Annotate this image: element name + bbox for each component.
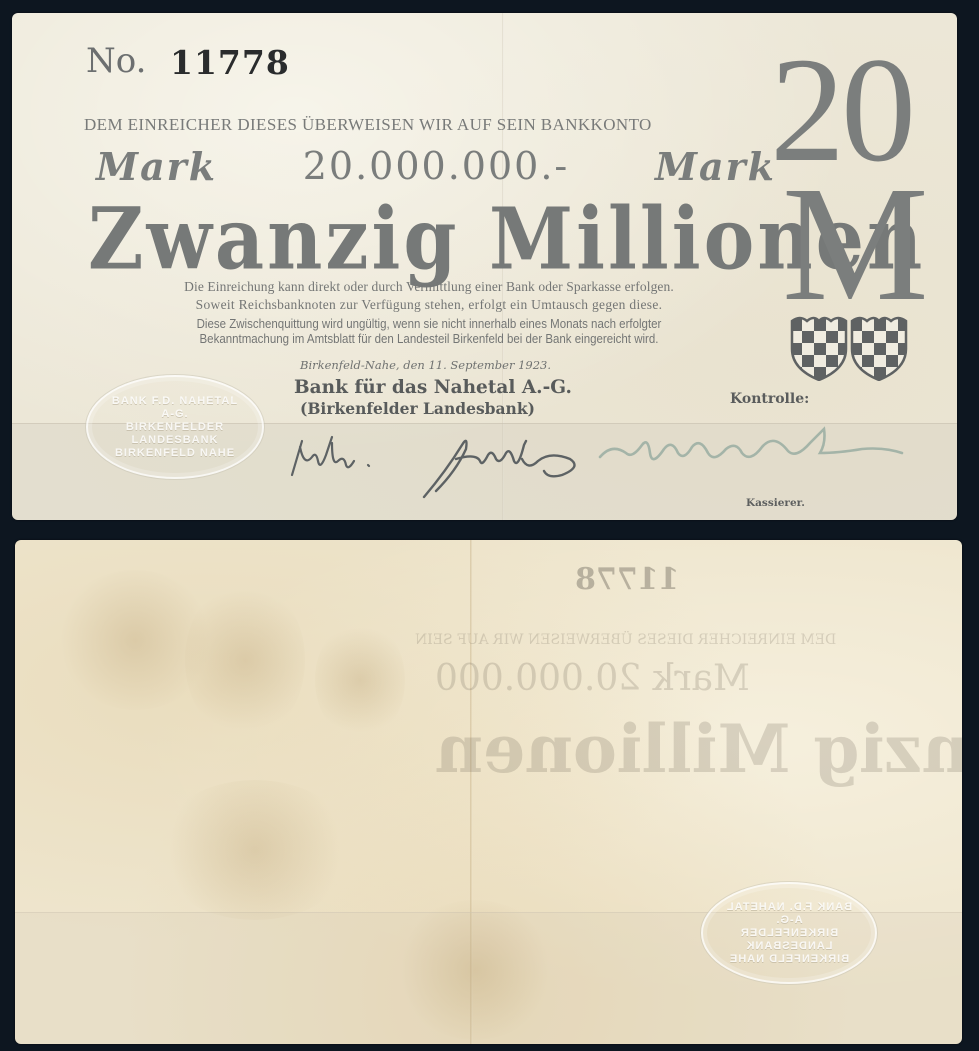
seal-line: BANK F.D. NAHETAL [112,395,238,408]
embossed-bank-seal-mirrored: BANK F.D. NAHETAL A-G. BIRKENFELDER LAND… [701,882,877,984]
seal-line: A-G. [775,914,802,927]
signature-1 [288,431,388,481]
banknote-back: 11778 DEM EINREICHER DIESES ÜBERWEISEN W… [15,540,962,1044]
denomination-unit: M [782,161,929,326]
show-through-amount: Mark 20.000.000 [435,658,750,699]
paper-stain [395,900,555,1040]
terms-line-4: Bekanntmachung im Amtsblatt für den Land… [112,332,747,346]
place-and-date: Birkenfeld-Nahe, den 11. September 1923. [300,358,551,372]
embossed-bank-seal: BANK F.D. NAHETAL A-G. BIRKENFELDER LAND… [86,375,264,479]
paper-stain [155,780,355,920]
amount-word-right: Mark [655,144,776,189]
amount-line: Mark 20.000.000.- Mark [96,144,776,189]
checkered-shield-icon [850,315,908,381]
bank-subtitle: (Birkenfelder Landesbank) [300,399,535,418]
paper-stain [185,580,305,740]
control-label: Kontrolle: [730,391,809,407]
banknote-front: No. 11778 DEM EINREICHER DIESES ÜBERWEIS… [12,13,957,520]
seal-line: BIRKENFELDER [126,421,224,434]
signature-2 [416,431,586,501]
show-through-text: DEM EINREICHER DIESES ÜBERWEISEN WIR AUF… [415,632,836,648]
checkered-shield-icon [790,315,848,381]
control-signature [592,423,912,483]
seal-line: A-G. [161,408,188,421]
paper-stain [315,620,405,740]
serial-prefix: No. [86,41,146,81]
amount-figure: 20.000.000.- [303,144,570,189]
terms-line-3: Diese Zwischenquittung wird ungültig, we… [112,317,747,331]
show-through-serial: 11778 [575,562,679,597]
seal-line: LANDESBANK [746,940,833,953]
bank-name: Bank für das Nahetal A.-G. [294,377,572,398]
seal-line: BIRKENFELD NAHE [729,953,849,966]
seal-line: BIRKENFELDER [740,927,838,940]
amount-word-left: Mark [96,144,217,189]
seal-line: BANK F.D. NAHETAL [726,901,852,914]
terms-line-1: Die Einreichung kann direkt oder durch V… [84,279,774,295]
amount-in-words: Zwanzig Millionen [88,189,778,289]
cashier-label: Kassierer. [746,497,805,509]
terms-line-2: Soweit Reichsbanknoten zur Verfügung ste… [84,297,774,313]
seal-line: BIRKENFELD NAHE [115,447,235,460]
serial-number: 11778 [170,43,290,82]
show-through-words: Zwanzig Millionen [435,710,962,788]
seal-line: LANDESBANK [132,434,219,447]
header-line: DEM EINREICHER DIESES ÜBERWEISEN WIR AUF… [84,115,774,135]
